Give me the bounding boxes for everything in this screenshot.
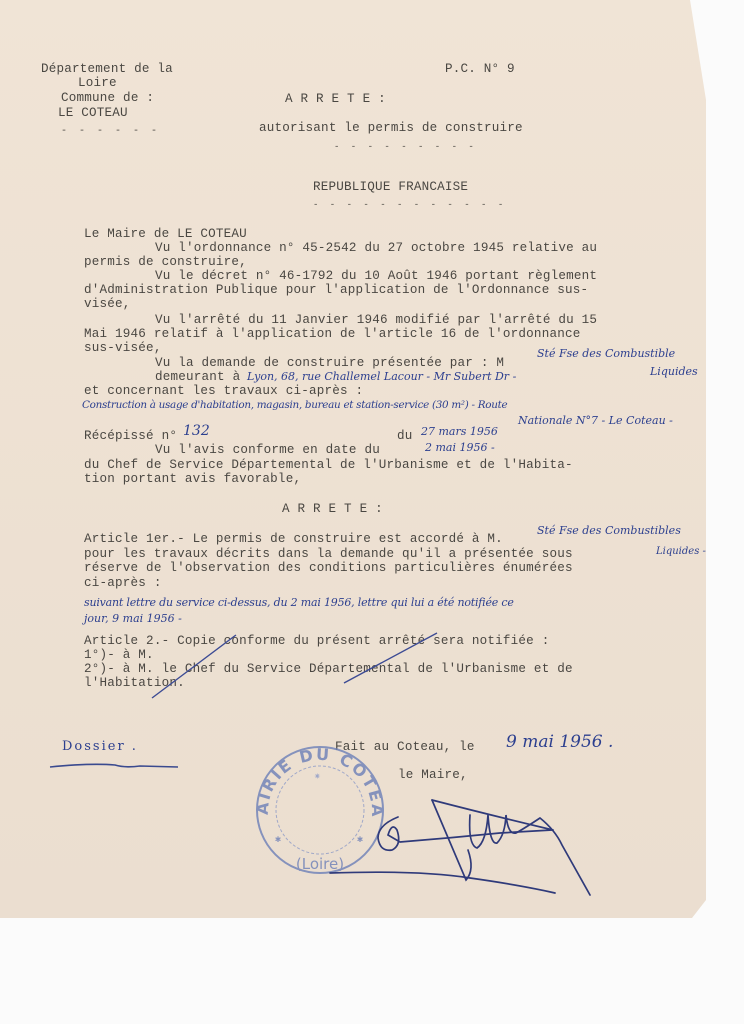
svg-text:(Loire): (Loire): [296, 855, 344, 873]
mairie-stamp: MAIRIE DU COTEAU (Loire) ✱ ✱ ✷: [0, 0, 387, 873]
svg-text:✷: ✷: [314, 771, 321, 783]
strike-line-1: [152, 635, 236, 698]
svg-text:✱: ✱: [357, 835, 363, 846]
svg-text:✱: ✱: [275, 835, 281, 846]
svg-text:MAIRIE DU COTEAU: MAIRIE DU COTEAU: [0, 0, 387, 818]
dossier-underline: [50, 764, 178, 767]
ink-marks: MAIRIE DU COTEAU (Loire) ✱ ✱ ✷: [0, 0, 744, 1024]
strike-line-2: [344, 633, 437, 683]
